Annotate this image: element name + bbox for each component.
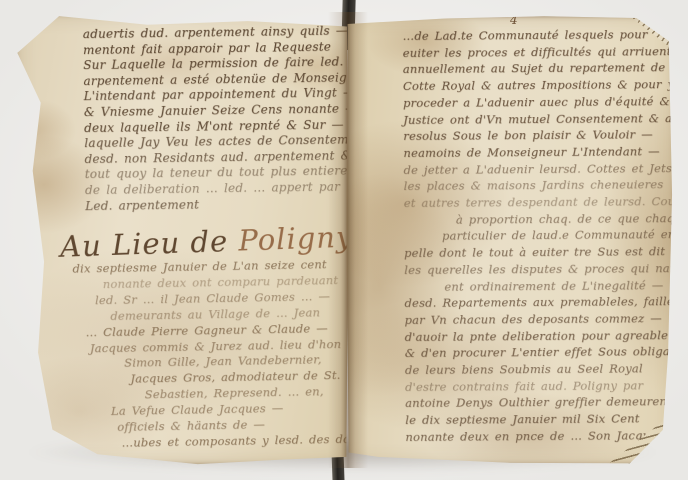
manuscript-line: annuellement au Sujet du repartement de … xyxy=(403,59,665,78)
manuscript-line: neamoins de Monseigneur L'Intendant — xyxy=(403,143,665,162)
manuscript-line: …ubes et composants y lesd. des doux — xyxy=(121,431,382,451)
manuscript-line: euiter les proces et difficultés qui arr… xyxy=(403,43,665,62)
left-page-text-upper: aduertis dud. arpentement ainsy quils —m… xyxy=(83,23,380,214)
manuscript-line: nonante deux en pnce de … Son Jacque — xyxy=(405,427,667,446)
manuscript-line: d'estre contrains fait aud. Poligny par xyxy=(405,377,667,396)
manuscript-line: pelle dont le tout à euiter tre Sus est … xyxy=(404,243,666,262)
manuscript-scan: aduertis dud. arpentement ainsy quils —m… xyxy=(0,0,688,480)
manuscript-line: particulier de laud.e Communauté en xyxy=(442,227,666,245)
manuscript-line: Led. arpentement xyxy=(85,194,380,214)
manuscript-line: les querelles les disputes & proces qui … xyxy=(404,260,666,279)
left-page-text-lower: dix septiesme Januier de L'an seize cent… xyxy=(54,256,382,453)
manuscript-line: resolus Sous le bon plaisir & Vouloir — xyxy=(403,126,665,145)
manuscript-line: d'auoir la pnte deliberation pour agreab… xyxy=(405,327,667,346)
manuscript-line: les places & maisons Jardins cheneuieres xyxy=(404,176,666,195)
heading-part-1: Au Lieu de xyxy=(60,224,239,264)
left-page: aduertis dud. arpentement ainsy quils —m… xyxy=(14,12,348,466)
page-number: 4 xyxy=(510,13,518,27)
manuscript-line: de leurs biens Soubmis au Seel Royal xyxy=(405,360,667,379)
right-page: 4 …de Lad.te Communauté lesquels poureui… xyxy=(346,14,676,466)
manuscript-line: le dix septiesme Januier mil Six Cent xyxy=(405,410,667,429)
manuscript-line: …de Lad.te Communauté lesquels pour xyxy=(403,26,665,45)
manuscript-line: de jetter a L'aduenir leursd. Cottes et … xyxy=(403,160,665,179)
manuscript-line: desd. Repartements aux premableles, fail… xyxy=(404,293,666,312)
manuscript-line: ent ordinairement de L'inegalité — xyxy=(444,277,666,295)
manuscript-line: proceder a L'aduenir auec plus d'équité … xyxy=(403,93,665,112)
manuscript-line: à proportion chaq. de ce que chaqe — xyxy=(456,210,666,228)
heading-part-2: Poligny xyxy=(238,220,354,258)
manuscript-line: & d'en procurer L'entier effet Sous obli… xyxy=(405,343,667,362)
right-page-text: …de Lad.te Communauté lesquels poureuite… xyxy=(403,26,668,445)
manuscript-line: et autres terres despendant de leursd. C… xyxy=(404,193,666,212)
manuscript-line: par Vn chacun des deposants commez — xyxy=(405,310,667,329)
manuscript-line: antoine Denys Oulthier greffier demeuren… xyxy=(405,394,667,413)
manuscript-line: Justice ont d'Vn mutuel Consentement & a… xyxy=(403,110,665,129)
manuscript-line: Cotte Royal & autres Impositions & pour … xyxy=(403,76,665,95)
